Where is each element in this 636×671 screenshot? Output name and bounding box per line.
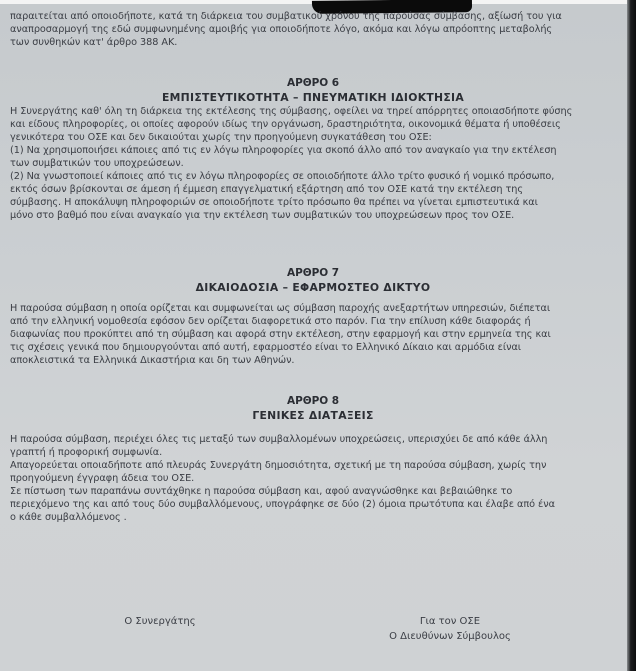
text-line: αναπροσαρμογή της εδώ συμφωνημένης αμοιβ… — [10, 23, 562, 36]
article-title: ΕΜΠΙΣΤΕΥΤΙΚΟΤΗΤΑ – ΠΝΕΥΜΑΤΙΚΗ ΙΔΙΟΚΤΗΣΙΑ — [10, 90, 616, 105]
article-6-heading: ΑΡΘΡΟ 6 ΕΜΠΙΣΤΕΥΤΙΚΟΤΗΤΑ – ΠΝΕΥΜΑΤΙΚΗ ΙΔ… — [10, 76, 616, 105]
text-line: από την ελληνική νομοθεσία εφόσον δεν ορ… — [10, 315, 551, 328]
article-6-body: Η Συνεργάτης καθ' όλη τη διάρκεια της εκ… — [10, 105, 572, 222]
page-right-shadow — [627, 0, 636, 671]
text-line: περιεχόμενο της και από τους δύο συμβαλλ… — [10, 498, 555, 511]
text-line: σύμβασης. Η αποκάλυψη πληροφοριών σε οπο… — [10, 196, 572, 209]
signature-label-ceo: Ο Διευθύνων Σύμβουλος — [370, 629, 530, 644]
text-line: διαφωνίας που προκύπτει από τη σύμβαση κ… — [10, 328, 551, 341]
article-7-heading: ΑΡΘΡΟ 7 ΔΙΚΑΙΟΔΟΣΙΑ – ΕΦΑΡΜΟΣΤΕΟ ΔΙΚΤΥΟ — [10, 266, 616, 295]
text-line: Σε πίστωση των παραπάνω συντάχθηκε η παρ… — [10, 485, 555, 498]
signature-right: Για τον ΟΣΕ Ο Διευθύνων Σύμβουλος — [370, 614, 530, 644]
text-line: μόνο στο βαθμό που είναι αναγκαίο για τη… — [10, 209, 572, 222]
text-line: Η Συνεργάτης καθ' όλη τη διάρκεια της εκ… — [10, 105, 572, 118]
text-line: γενικότερα του ΟΣΕ και δεν δικαιούται χω… — [10, 131, 572, 144]
text-line: τις σχέσεις γενικά που δημιουργούνται απ… — [10, 341, 551, 354]
text-line: των συνθηκών κατ' άρθρο 388 ΑΚ. — [10, 36, 562, 49]
article-number: ΑΡΘΡΟ 6 — [10, 76, 616, 90]
article-number: ΑΡΘΡΟ 8 — [10, 394, 616, 408]
article-8-body: Η παρούσα σύμβαση, περιέχει όλες τις μετ… — [10, 433, 555, 524]
text-line: Η παρούσα σύμβαση, περιέχει όλες τις μετ… — [10, 433, 555, 446]
signature-left: Ο Συνεργάτης — [100, 614, 220, 629]
text-line: Απαγορεύεται οποιαδήποτε από πλευράς Συν… — [10, 459, 555, 472]
article-number: ΑΡΘΡΟ 7 — [10, 266, 616, 280]
text-line: αποκλειστικά τα Ελληνικά Δικαστήρια και … — [10, 354, 551, 367]
text-line: (1) Να χρησιμοποιήσει κάποιες από τις εν… — [10, 144, 572, 157]
text-line: (2) Να γνωστοποιεί κάποιες από τις εν λό… — [10, 170, 572, 183]
article-7-body: Η παρούσα σύμβαση η οποία ορίζεται και σ… — [10, 302, 551, 367]
article-title: ΓΕΝΙΚΕΣ ΔΙΑΤΑΞΕΙΣ — [10, 408, 616, 423]
text-line: γραπτή ή προφορική συμφωνία. — [10, 446, 555, 459]
article-8-heading: ΑΡΘΡΟ 8 ΓΕΝΙΚΕΣ ΔΙΑΤΑΞΕΙΣ — [10, 394, 616, 423]
signature-label-partner: Ο Συνεργάτης — [124, 616, 195, 627]
text-line: ο κάθε συμβαλλόμενος . — [10, 511, 555, 524]
text-line: παραιτείται από οποιοδήποτε, κατά τη διά… — [10, 10, 562, 23]
text-line: προηγούμενη έγγραφη άδεια του ΟΣΕ. — [10, 472, 555, 485]
text-line: εκτός όσων βρίσκονται σε άμεση ή έμμεση … — [10, 183, 572, 196]
text-line: των συμβατικών του υποχρεώσεων. — [10, 157, 572, 170]
text-line: Η παρούσα σύμβαση η οποία ορίζεται και σ… — [10, 302, 551, 315]
signature-label-ose: Για τον ΟΣΕ — [370, 614, 530, 629]
text-line: και είδους πληροφορίες, οι οποίες αφορού… — [10, 118, 572, 131]
intro-paragraph: παραιτείται από οποιοδήποτε, κατά τη διά… — [10, 10, 562, 49]
article-title: ΔΙΚΑΙΟΔΟΣΙΑ – ΕΦΑΡΜΟΣΤΕΟ ΔΙΚΤΥΟ — [10, 280, 616, 295]
